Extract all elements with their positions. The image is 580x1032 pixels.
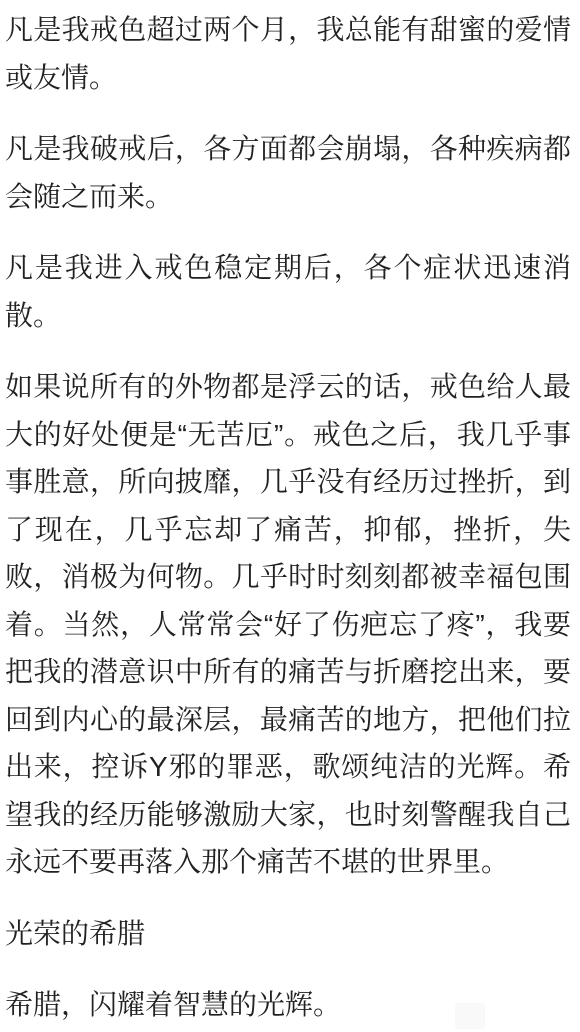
paragraph-3: 凡是我进入戒色稳定期后，各个症状迅速消散。	[5, 244, 571, 339]
paragraph-2: 凡是我破戒后，各方面都会崩塌，各种疾病都会随之而来。	[5, 125, 571, 220]
paragraph-4: 如果说所有的外物都是浮云的话，戒色给人最大的好处便是“无苦厄”。戒色之后，我几乎…	[5, 363, 571, 886]
paragraph-5: 希腊，闪耀着智慧的光辉。	[5, 981, 571, 1029]
watermark	[455, 1003, 485, 1029]
paragraph-1: 凡是我戒色超过两个月，我总能有甜蜜的爱情或友情。	[5, 6, 571, 101]
article-body: 凡是我戒色超过两个月，我总能有甜蜜的爱情或友情。 凡是我破戒后，各方面都会崩塌，…	[0, 0, 580, 1029]
section-heading: 光荣的希腊	[5, 910, 571, 958]
